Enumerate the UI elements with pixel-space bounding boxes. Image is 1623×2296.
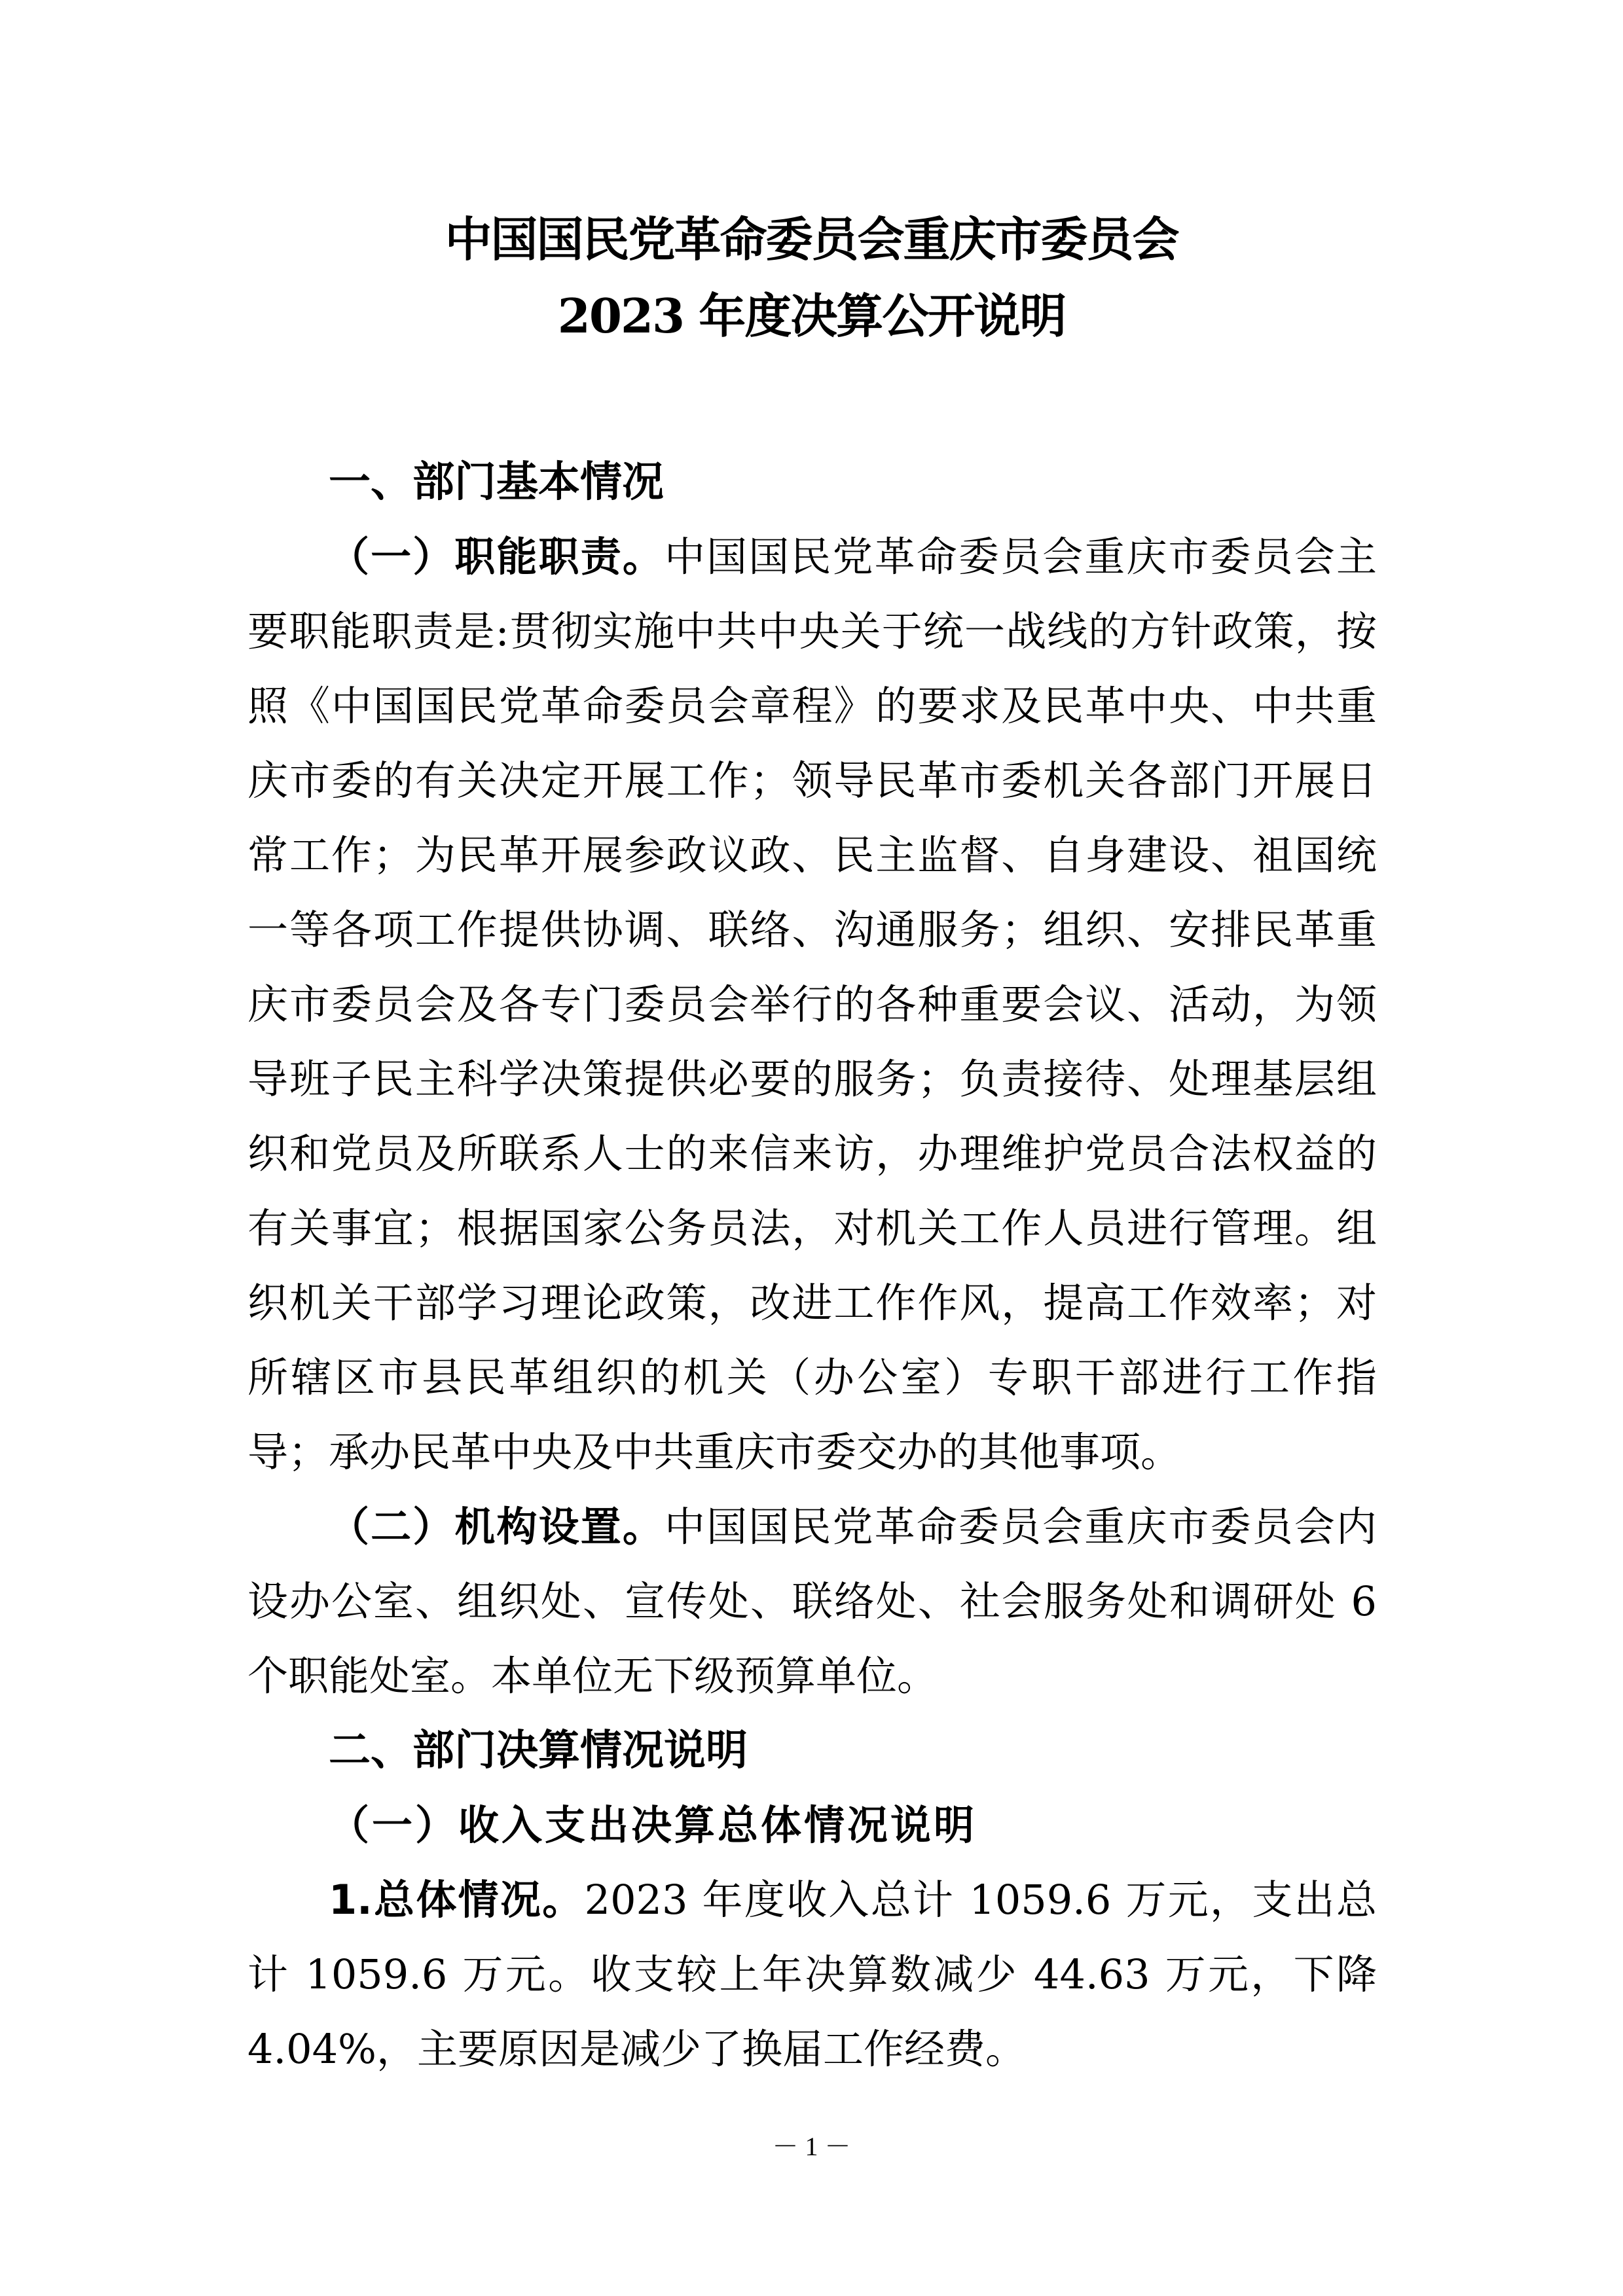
- document-title-line1: 中国国民党革命委员会重庆市委员会: [0, 216, 1623, 263]
- paragraph-overall: 1.总体情况。2023 年度收入总计 1059.6 万元，支出总计 1059.6…: [247, 1863, 1377, 2087]
- section-heading-1: 一、部门基本情况: [247, 445, 1377, 520]
- paragraph-label-organization: （二）机构设置。: [329, 1503, 665, 1551]
- paragraph-organization: （二）机构设置。中国国民党革命委员会重庆市委员会内设办公室、组织处、宣传处、联络…: [247, 1490, 1377, 1713]
- paragraph-label-overall: 1.总体情况。: [329, 1876, 585, 1924]
- section-heading-2: 二、部门决算情况说明: [247, 1713, 1377, 1788]
- paragraph-label-functions: （一）职能职责。: [329, 533, 665, 581]
- document-title-line2: 2023 年度决算公开说明: [0, 293, 1623, 340]
- paragraph-functions: （一）职能职责。中国国民党革命委员会重庆市委员会主要职能职责是:贯彻实施中共中央…: [247, 520, 1377, 1490]
- page-number: － 1 －: [0, 2126, 1623, 2163]
- subsection-heading-income-expenditure: （一）收入支出决算总体情况说明: [247, 1788, 1377, 1863]
- paragraph-text-functions: 中国国民党革命委员会重庆市委员会主要职能职责是:贯彻实施中共中央关于统一战线的方…: [247, 533, 1377, 1476]
- document-body: 一、部门基本情况 （一）职能职责。中国国民党革命委员会重庆市委员会主要职能职责是…: [247, 445, 1377, 2087]
- document-page: 中国国民党革命委员会重庆市委员会 2023 年度决算公开说明 一、部门基本情况 …: [0, 0, 1623, 2296]
